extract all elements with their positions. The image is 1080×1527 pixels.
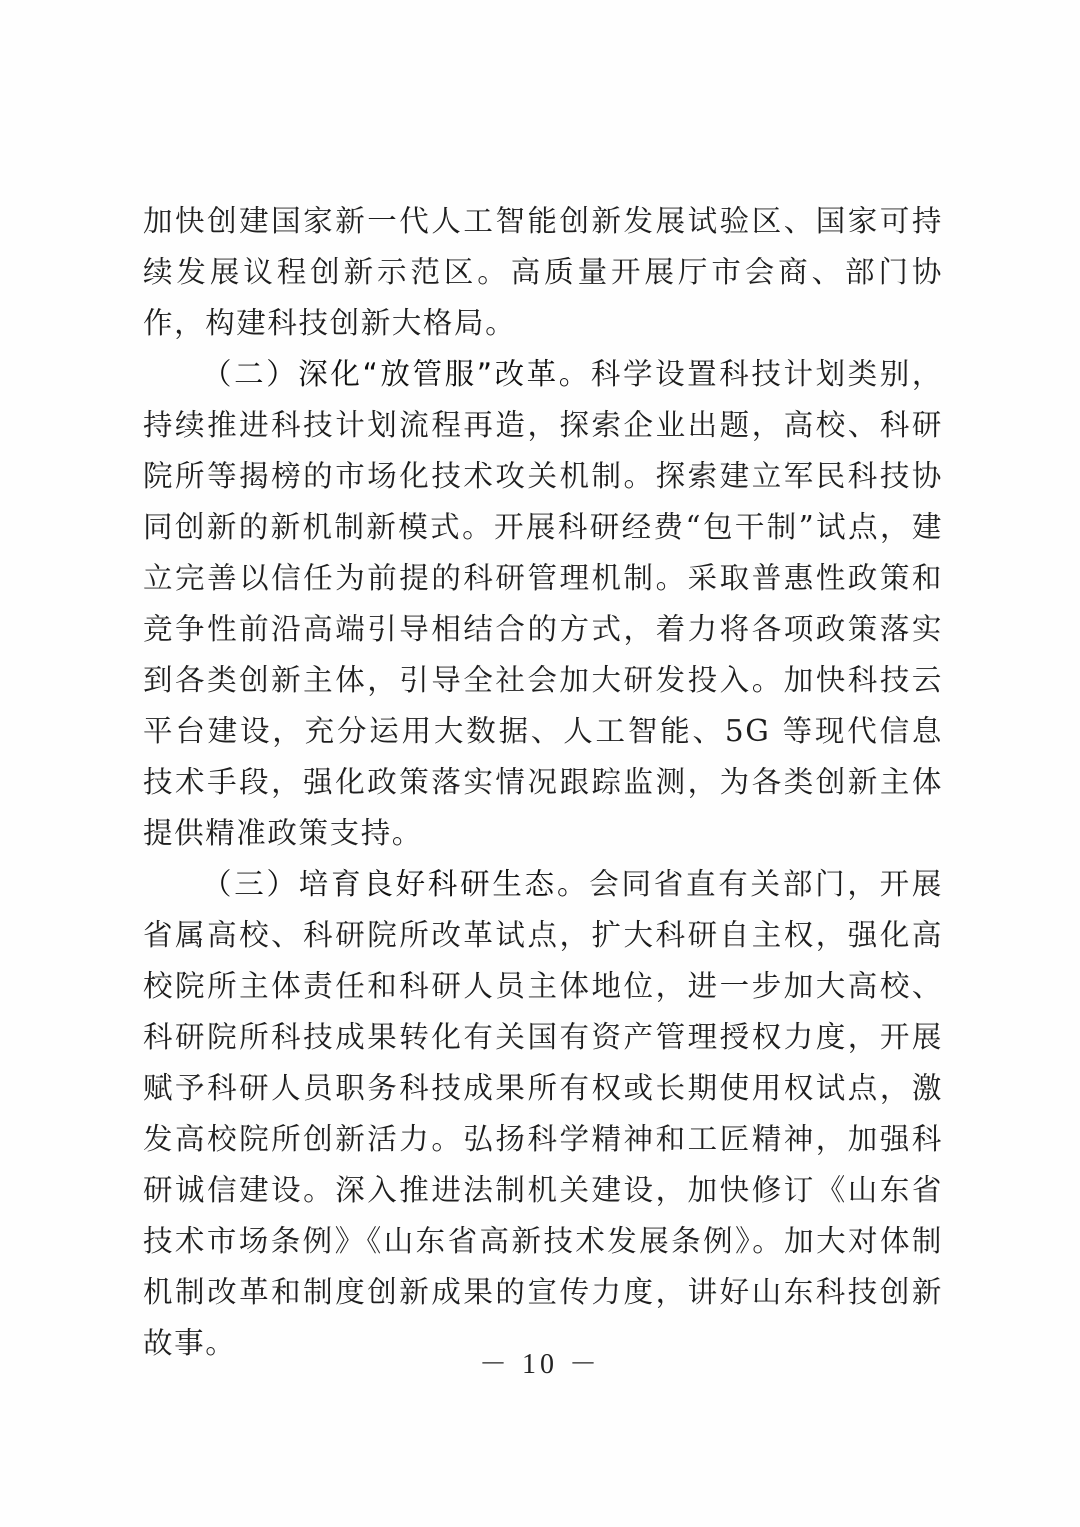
section-heading: （二）深化“放管服”改革。 (202, 357, 591, 391)
paragraph-continuation: 加快创建国家新一代人工智能创新发展试验区、国家可持续发展议程创新示范区。高质量开… (143, 196, 943, 349)
document-page: 加快创建国家新一代人工智能创新发展试验区、国家可持续发展议程创新示范区。高质量开… (0, 0, 1080, 1527)
paragraph-text: 会同省直有关部门，开展省属高校、科研院所改革试点，扩大科研自主权，强化高校院所主… (143, 867, 943, 1360)
section-heading: （三）培育良好科研生态。 (202, 867, 589, 901)
paragraph-section-3: （三）培育良好科研生态。会同省直有关部门，开展省属高校、科研院所改革试点，扩大科… (143, 859, 943, 1369)
page-number: － 10 － (0, 1342, 1080, 1382)
paragraph-text: 加快创建国家新一代人工智能创新发展试验区、国家可持续发展议程创新示范区。高质量开… (143, 204, 943, 340)
paragraph-text: 科学设置科技计划类别，持续推进科技计划流程再造，探索企业出题，高校、科研院所等揭… (143, 357, 943, 850)
paragraph-section-2: （二）深化“放管服”改革。科学设置科技计划类别，持续推进科技计划流程再造，探索企… (143, 349, 943, 859)
document-body: 加快创建国家新一代人工智能创新发展试验区、国家可持续发展议程创新示范区。高质量开… (143, 196, 943, 1369)
